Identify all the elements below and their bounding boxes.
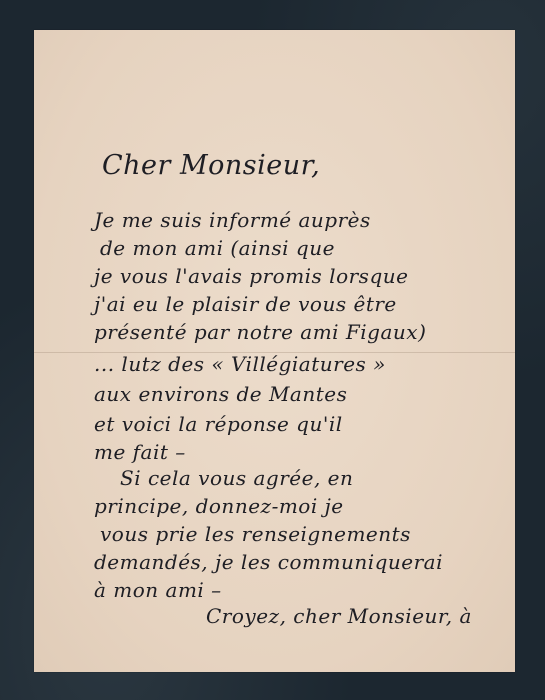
letter-line-6: ... lutz des « Villégiatures » bbox=[94, 352, 386, 376]
letter-closing-line: Croyez, cher Monsieur, à bbox=[206, 604, 472, 628]
letter-sheet: Cher Monsieur, Je me suis informé auprès… bbox=[34, 30, 515, 672]
letter-salutation: Cher Monsieur, bbox=[102, 150, 320, 181]
letter-line-5: présenté par notre ami Figaux) bbox=[94, 320, 426, 344]
letter-line-2: de mon ami (ainsi que bbox=[100, 236, 335, 260]
letter-line-14: à mon ami – bbox=[94, 578, 222, 602]
letter-line-12: vous prie les renseignements bbox=[100, 522, 411, 546]
letter-line-4: j'ai eu le plaisir de vous être bbox=[94, 292, 397, 316]
letter-line-7: aux environs de Mantes bbox=[94, 382, 347, 406]
letter-line-8: et voici la réponse qu'il bbox=[94, 412, 343, 436]
letter-line-10: Si cela vous agrée, en bbox=[120, 466, 353, 490]
letter-line-3: je vous l'avais promis lorsque bbox=[94, 264, 408, 288]
letter-line-13: demandés, je les communiquerai bbox=[94, 550, 443, 574]
letter-line-1: Je me suis informé auprès bbox=[94, 208, 371, 232]
letter-line-11: principe, donnez-moi je bbox=[94, 494, 344, 518]
letter-line-9: me fait – bbox=[94, 440, 186, 464]
